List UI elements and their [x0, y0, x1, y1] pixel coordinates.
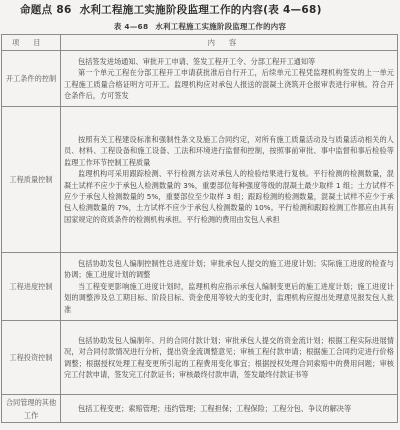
table-header-row: 项目 内容 — [2, 35, 398, 51]
row-content: 按照有关工程建设标准和强制性条文及施工合同约定，对所有施工质量活动及与质量活动相… — [61, 107, 398, 253]
caption-number: 表 4—68 — [114, 22, 149, 31]
heading-number: 命题点 86 — [20, 4, 72, 16]
section-heading: 命题点 86水利工程施工实施阶段监理工作的内容(表 4—68) — [20, 2, 322, 17]
row-item-label: 工程投资控制 — [2, 321, 61, 395]
caption-title: 水利工程施工实施阶段监理工作的内容 — [155, 22, 286, 31]
heading-title: 水利工程施工实施阶段监理工作的内容(表 4—68) — [80, 4, 322, 16]
content-paragraph: 监理机构可采用跟踪检测、平行检测方法对承包人的检验结果进行复核。平行检测的检测数… — [64, 168, 394, 225]
row-content: 包括协助发包人编制年、月的合同付款计划；审批承包人提交的资金流计划；根据工程实际… — [61, 321, 398, 395]
table-row: 合同管理的其他工作 包括工程变更；索赔管理；违约管理；工程担保；工程保险；工程分… — [2, 395, 398, 423]
content-paragraph: 第一个单元工程在分部工程开工申请获批准后自行开工，后续单元工程凭监理机构签发的上… — [64, 67, 394, 101]
table-row: 开工条件的控制 包括签发进场通知、审批开工申请、签发工程开工令、分部工程开工通知… — [2, 51, 398, 107]
header-content: 内容 — [61, 35, 398, 51]
content-paragraph: 包括协助发包人编制年、月的合同付款计划；审批承包人提交的资金流计划；根据工程实际… — [64, 335, 394, 381]
table-caption: 表 4—68水利工程施工实施阶段监理工作的内容 — [0, 21, 400, 32]
table-row: 工程进度控制 包括协助发包人编制控制性总进度计划；审批承包人提交的施工进度计划；… — [2, 253, 398, 321]
content-paragraph: 包括签发进场通知、审批开工申请、签发工程开工令、分部工程开工通知等 — [64, 56, 394, 67]
content-paragraph: 当工程变更影响施工进度计划时，监理机构应指示承包人编制变更后的施工进度计划；施工… — [64, 281, 394, 315]
content-paragraph: 包括协助发包人编制控制性总进度计划；审批承包人提交的施工进度计划；实际施工进度的… — [64, 258, 394, 281]
row-item-label: 开工条件的控制 — [2, 51, 61, 107]
table-row: 工程质量控制 按照有关工程建设标准和强制性条文及施工合同约定，对所有施工质量活动… — [2, 107, 398, 253]
row-item-label: 工程质量控制 — [2, 107, 61, 253]
row-item-label: 工程进度控制 — [2, 253, 61, 321]
supervision-content-table: 项目 内容 开工条件的控制 包括签发进场通知、审批开工申请、签发工程开工令、分部… — [1, 34, 398, 423]
table-row: 工程投资控制 包括协助发包人编制年、月的合同付款计划；审批承包人提交的资金流计划… — [2, 321, 398, 395]
row-item-label: 合同管理的其他工作 — [2, 395, 61, 423]
content-paragraph: 包括工程变更；索赔管理；违约管理；工程担保；工程保险；工程分包、争议的解决等 — [64, 403, 394, 414]
header-item: 项目 — [2, 35, 61, 51]
row-content: 包括签发进场通知、审批开工申请、签发工程开工令、分部工程开工通知等 第一个单元工… — [61, 51, 398, 107]
row-content: 包括协助发包人编制控制性总进度计划；审批承包人提交的施工进度计划；实际施工进度的… — [61, 253, 398, 321]
row-content: 包括工程变更；索赔管理；违约管理；工程担保；工程保险；工程分包、争议的解决等 — [61, 395, 398, 423]
content-paragraph: 按照有关工程建设标准和强制性条文及施工合同约定，对所有施工质量活动及与质量活动相… — [64, 134, 394, 168]
